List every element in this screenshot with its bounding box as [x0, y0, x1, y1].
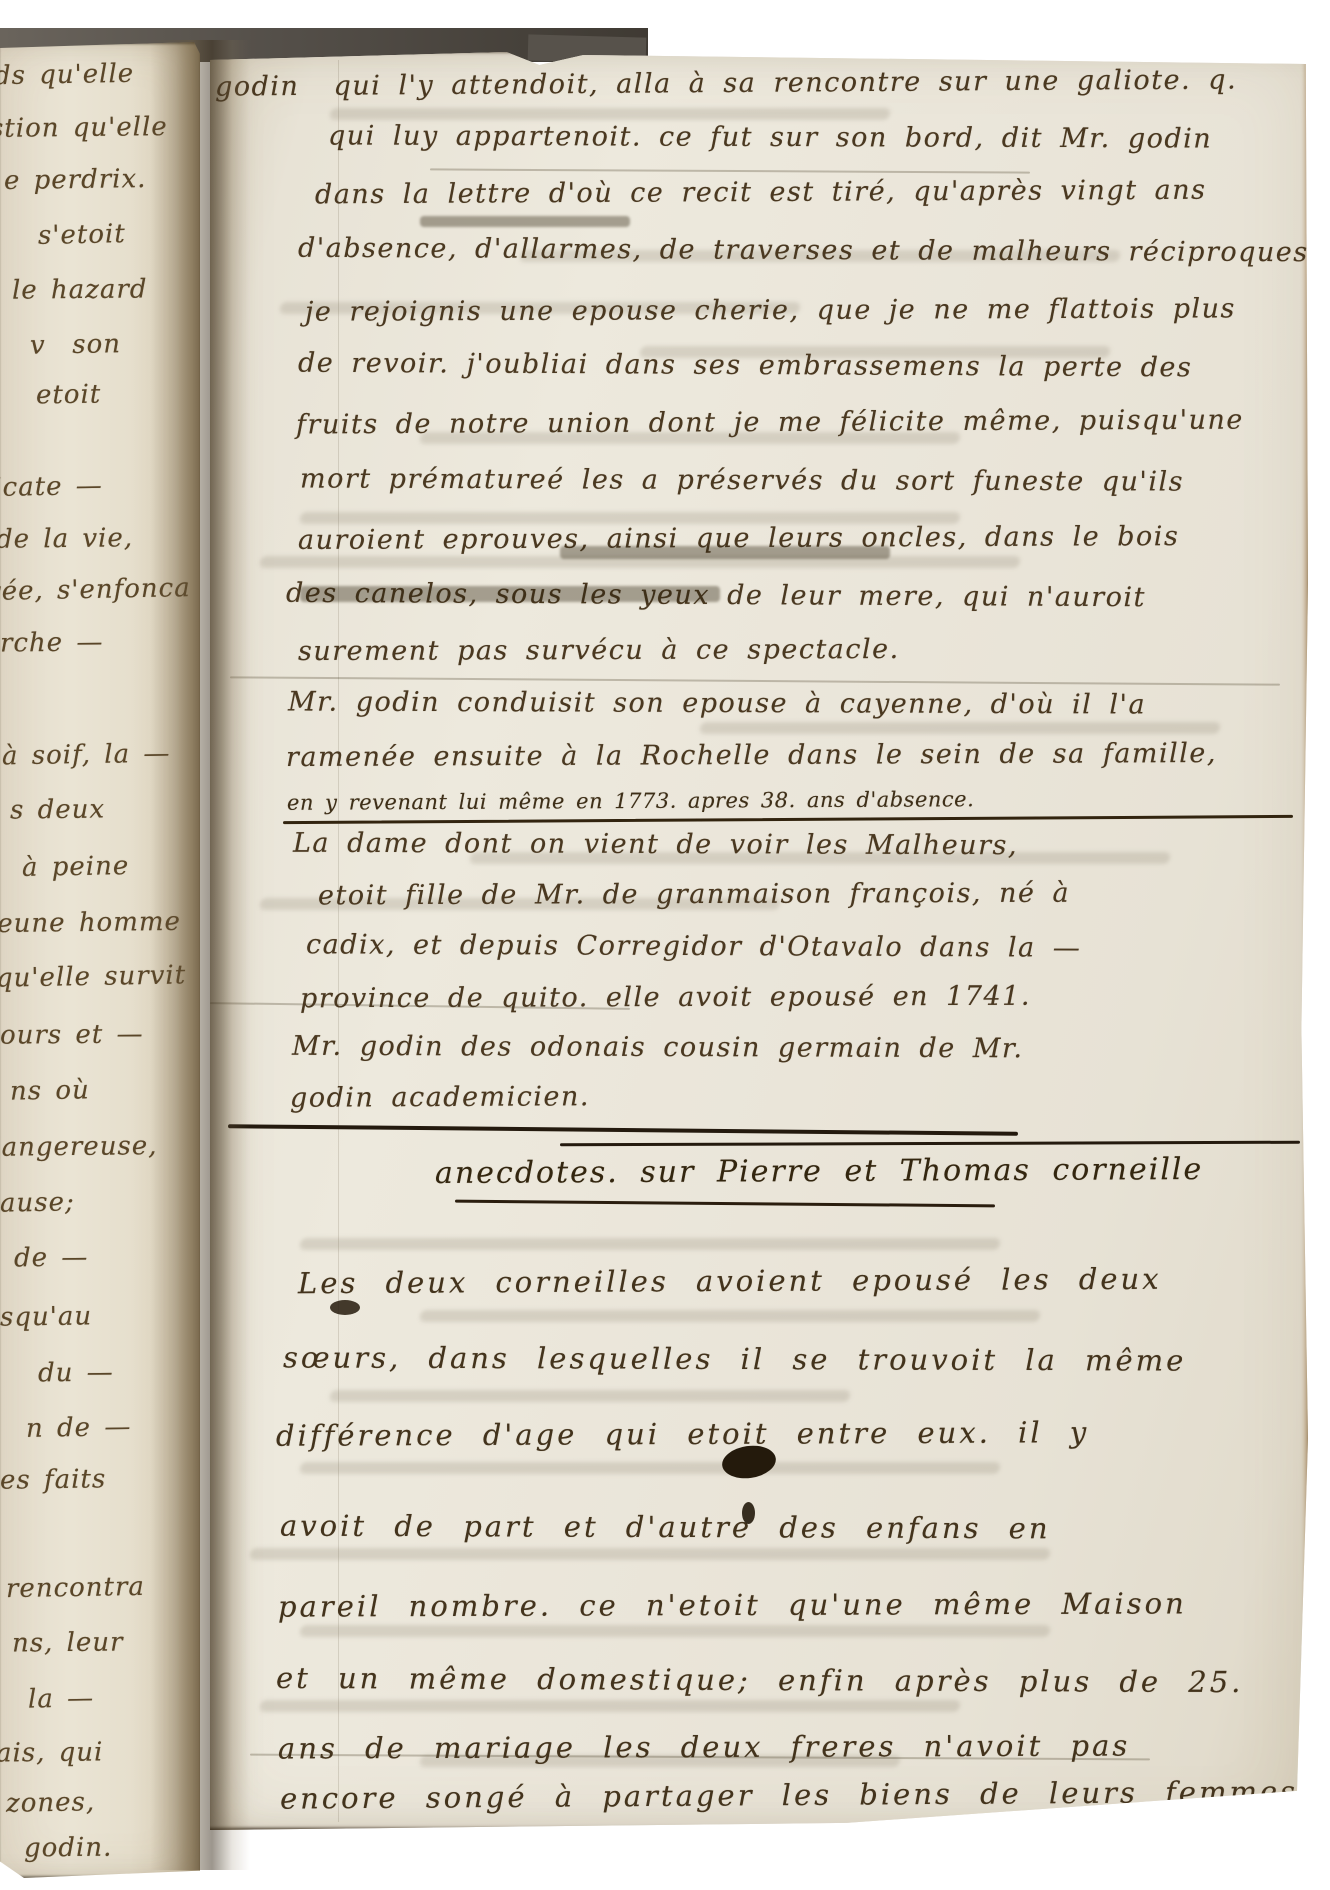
left-page-fragment-line: la — — [28, 1683, 95, 1714]
manuscript-line: dans la lettre d'où ce recit est tiré, q… — [315, 175, 1207, 211]
left-page-fragment-line: squ'au — [0, 1301, 92, 1332]
ink-correction-smudge — [420, 216, 630, 227]
ink-blot — [742, 1502, 755, 1524]
left-page-fragment-line: s'etoit — [38, 219, 126, 251]
left-page-fragment-line: es faits — [0, 1464, 106, 1495]
ink-bleed-through — [329, 1390, 851, 1402]
manuscript-line: province de quito. elle avoit epousé en … — [300, 981, 1031, 1015]
left-page-fragment-line: licate — — [0, 471, 103, 503]
ink-blot — [330, 1300, 360, 1315]
manuscript-line: fruits de notre union dont je me félicit… — [296, 405, 1244, 441]
left-page-fragment-line: le hazard — [12, 274, 148, 305]
interlinear-note: en y revenant lui même en 1773. apres 38… — [287, 787, 974, 815]
left-page-fragment-line: ours et — — [0, 1019, 144, 1050]
left-page-fragment-line: v son — [30, 329, 121, 361]
left-page-fragment-line: ause; — [0, 1187, 75, 1218]
ink-bleed-through — [259, 1700, 961, 1712]
manuscript-line: Mr. godin des odonais cousin germain de … — [292, 1031, 1024, 1065]
pencil-guide-line — [430, 168, 1030, 173]
section-divider-rule — [228, 1124, 1018, 1136]
manuscript-line: godin academicien. — [290, 1081, 590, 1114]
manuscript-line: différence d'age qui etoit entre eux. il… — [276, 1415, 1089, 1453]
manuscript-line: de revoir. j'oubliai dans ses embrasseme… — [298, 348, 1192, 384]
left-page-fragment-line: ais, qui — [0, 1737, 104, 1768]
left-page-fragment-line: du — — [38, 1358, 114, 1389]
left-page-fragment-line: ns où — [10, 1075, 90, 1106]
ink-bleed-through — [699, 722, 1221, 734]
manuscript-line: qui luy appartenoit. ce fut sur son bord… — [328, 120, 1212, 154]
manuscript-line: ans de mariage les deux freres n'avoit p… — [278, 1729, 1130, 1766]
section-divider-rule — [560, 1141, 1300, 1147]
left-page-fragment-line: etoit — [36, 380, 102, 411]
ink-bleed-through — [419, 1310, 1041, 1322]
previous-page-edge: ds qu'elle stion qu'elle e perdrix. s'et… — [0, 42, 200, 1878]
left-page-fragment-line: godin. — [24, 1833, 113, 1864]
hand-drawn-rule — [283, 815, 1293, 824]
left-page-fragment-line: ns, leur — [12, 1628, 124, 1659]
manuscript-line: Mr. godin conduisit son epouse à cayenne… — [288, 687, 1146, 721]
manuscript-line: sœurs, dans lesquelles il se trouvoit la… — [283, 1340, 1186, 1377]
left-page-fragment-line: ds qu'elle — [0, 59, 134, 91]
ink-bleed-through — [249, 1548, 1051, 1560]
left-page-fragment-line: de la vie, — [0, 523, 133, 554]
manuscript-line: ramenée ensuite à la Rochelle dans le se… — [286, 738, 1217, 773]
left-page-fragment-line: stion qu'elle — [0, 112, 168, 144]
left-page-fragment-line: n de — — [26, 1412, 132, 1444]
manuscript-page: godin qui l'y attendoit, alla à sa renco… — [210, 50, 1308, 1830]
pencil-guide-line — [230, 676, 1280, 685]
heading-underline — [455, 1200, 995, 1208]
left-page-fragment-line: à soif, la — — [2, 739, 171, 772]
manuscript-line: La dame dont on vient de voir les Malheu… — [293, 828, 1018, 862]
left-page-fragment-line: rche — — [0, 628, 104, 659]
manuscript-line: d'absence, d'allarmes, de traverses et d… — [298, 233, 1319, 268]
ink-bleed-through — [299, 1238, 1001, 1250]
manuscript-line: encore songé à partager les biens de leu… — [280, 1774, 1310, 1815]
left-page-fragment-line: ieune homme — [0, 907, 181, 939]
ink-bleed-through — [299, 1462, 1001, 1474]
manuscript-line: cadix, et depuis Corregidor d'Otavalo da… — [306, 929, 1081, 963]
manuscript-line: godin qui l'y attendoit, alla à sa renco… — [215, 64, 1237, 102]
left-page-fragment-line: rencontra — [6, 1572, 145, 1604]
left-page-fragment-line: à peine — [22, 851, 130, 883]
left-page-fragment-line: e perdrix. — [4, 164, 147, 196]
ink-correction-smudge — [300, 586, 720, 602]
left-page-fragment-line: yée, s'enfonca — [0, 573, 191, 607]
ink-correction-smudge — [560, 546, 890, 559]
left-page-fragment-line: dangereuse, — [0, 1131, 158, 1163]
manuscript-line: avoit de part et d'autre des enfans en — [280, 1509, 1051, 1546]
left-page-fragment-line: zones, — [6, 1787, 96, 1818]
manuscript-line: je rejoignis une epouse cherie, que je n… — [305, 293, 1236, 327]
ink-bleed-through — [299, 1625, 1051, 1637]
section-heading: anecdotes. sur Pierre et Thomas corneill… — [435, 1152, 1203, 1191]
ink-bleed-through — [329, 108, 891, 120]
manuscript-line: Les deux corneilles avoient epousé les d… — [298, 1262, 1162, 1301]
manuscript-line: surement pas survécu à ce spectacle. — [298, 634, 900, 667]
left-page-fragment-line: s deux — [10, 795, 105, 826]
manuscript-line: et un même domestique; enfin après plus … — [276, 1661, 1244, 1699]
left-page-fragment-line: de — — [14, 1243, 89, 1274]
manuscript-line: mort prématureé les a préservés du sort … — [300, 463, 1184, 497]
manuscript-line: etoit fille de Mr. de granmaison françoi… — [318, 878, 1070, 912]
left-page-fragment-line: qu'elle survit — [0, 960, 186, 993]
manuscript-line: pareil nombre. ce n'etoit qu'une même Ma… — [278, 1586, 1187, 1623]
